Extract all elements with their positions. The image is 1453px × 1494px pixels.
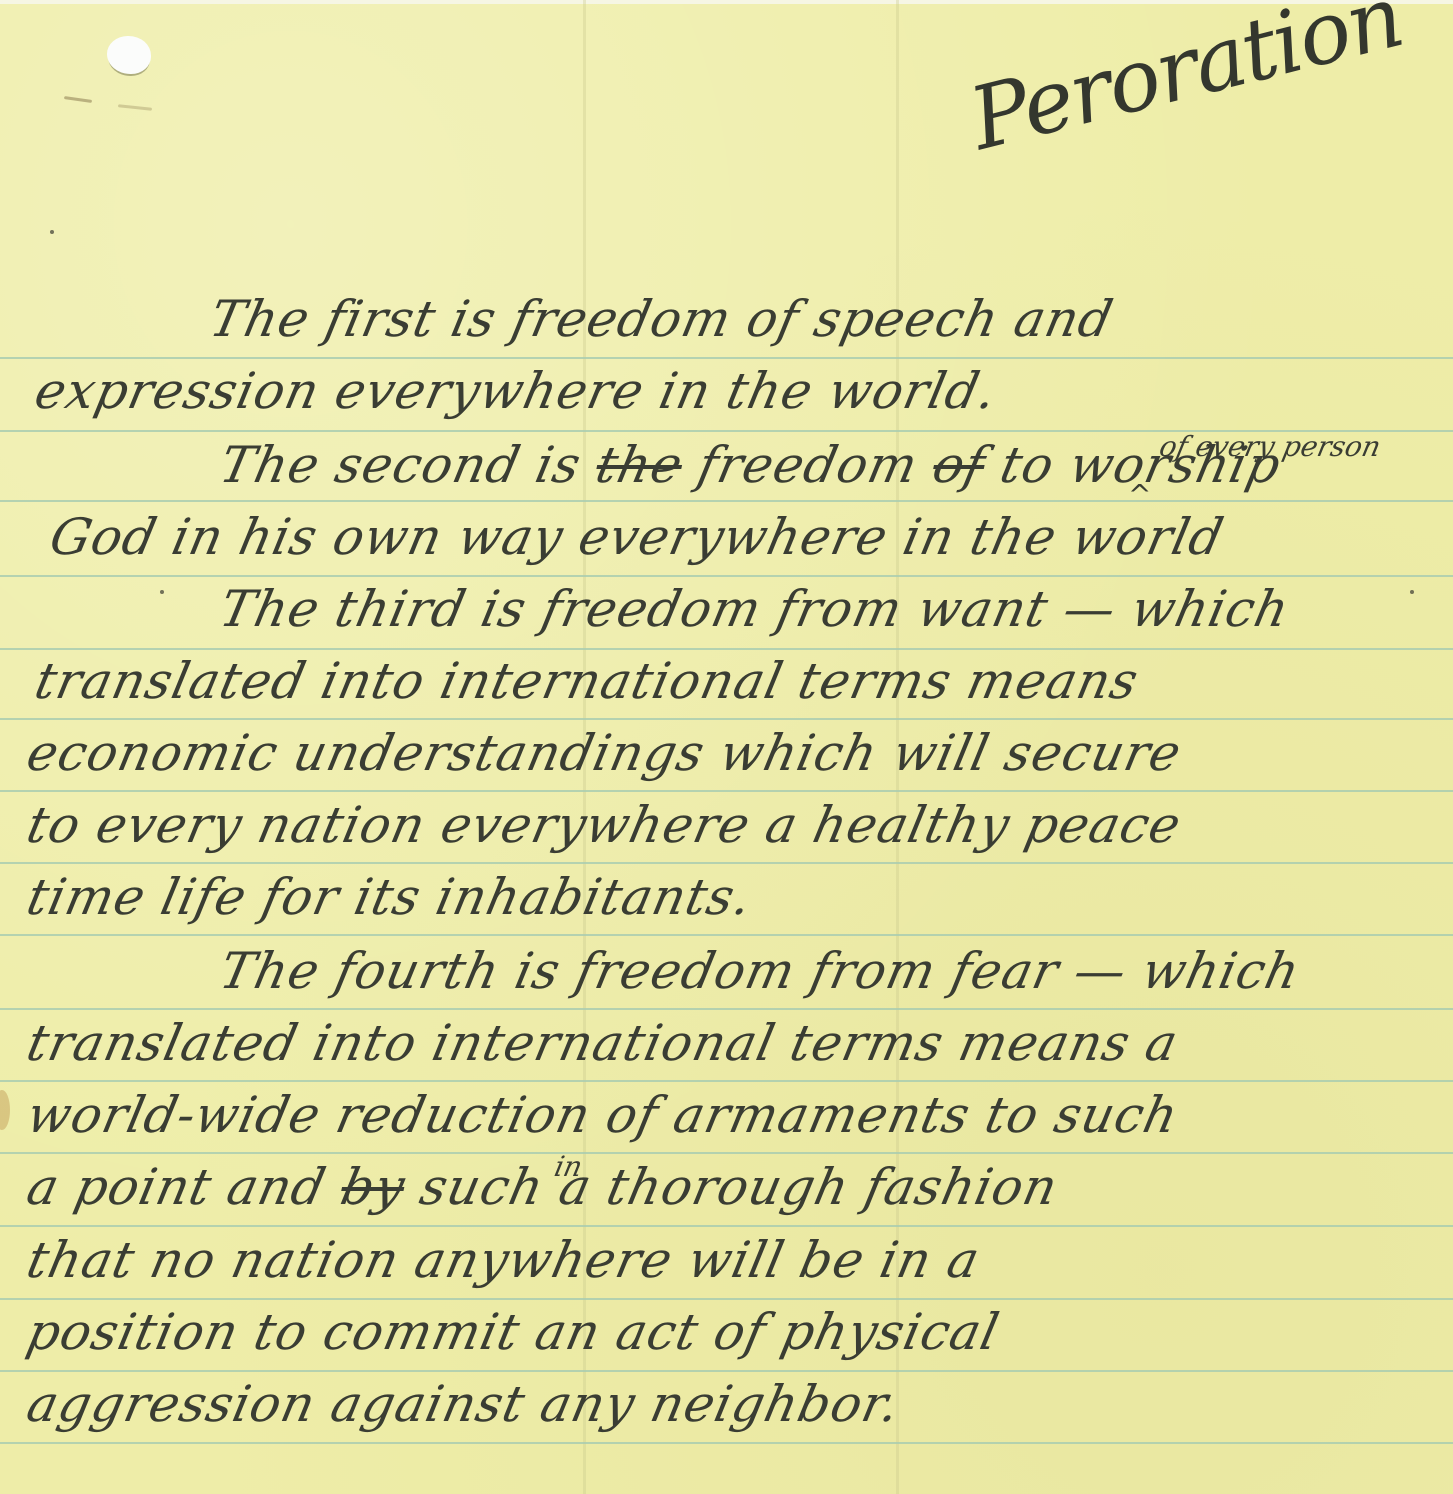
ruled-line bbox=[0, 1370, 1453, 1372]
text-line: aggression against any neighbor. bbox=[22, 1375, 905, 1433]
ruled-line bbox=[0, 862, 1453, 864]
text-line: economic understandings which will secur… bbox=[22, 724, 1187, 782]
struck-text: the bbox=[591, 436, 688, 494]
text-line: The fourth is freedom from fear — which bbox=[215, 942, 1305, 1000]
ruled-line bbox=[0, 575, 1453, 577]
text-line: that no nation anywhere will be in a bbox=[22, 1231, 985, 1289]
ink-speck bbox=[50, 230, 54, 234]
legal-pad-page: Peroration The first is freedom of speec… bbox=[0, 0, 1453, 1494]
ink-speck bbox=[160, 590, 164, 594]
smudge-mark bbox=[64, 96, 92, 103]
ink-speck bbox=[1410, 590, 1414, 594]
ruled-line bbox=[0, 718, 1453, 720]
text-line: translated into international terms mean… bbox=[22, 1014, 1183, 1072]
text-line: The third is freedom from want — which bbox=[215, 580, 1295, 638]
ruled-line bbox=[0, 1442, 1453, 1444]
ruled-line bbox=[0, 1080, 1453, 1082]
text-line: expression everywhere in the world. bbox=[30, 362, 1002, 420]
insertion-caret-icon: ^ bbox=[1128, 478, 1151, 511]
text-line: translated into international terms mean… bbox=[30, 652, 1144, 710]
text-line: God in his own way everywhere in the wor… bbox=[45, 508, 1229, 566]
ruled-line bbox=[0, 648, 1453, 650]
heading-peroration: Peroration bbox=[961, 0, 1412, 170]
ruled-line bbox=[0, 1152, 1453, 1154]
ruled-line bbox=[0, 1298, 1453, 1300]
smudge-mark bbox=[118, 104, 152, 111]
ruled-line bbox=[0, 790, 1453, 792]
ruled-line bbox=[0, 1008, 1453, 1010]
text-line: time life for its inhabitants. bbox=[22, 868, 757, 926]
text-line: a point and by such a thorough fashion bbox=[22, 1158, 1063, 1216]
ruled-line bbox=[0, 1225, 1453, 1227]
ruled-line bbox=[0, 500, 1453, 502]
text-line: world-wide reduction of armaments to suc… bbox=[22, 1086, 1184, 1144]
edge-stain bbox=[0, 1090, 10, 1130]
punch-hole bbox=[107, 36, 151, 74]
text-line: The second is the freedom of to worship bbox=[215, 436, 1286, 494]
text-line: position to commit an act of physical bbox=[22, 1303, 1004, 1361]
ruled-line bbox=[0, 934, 1453, 936]
ruled-line bbox=[0, 357, 1453, 359]
text-line: to every nation everywhere a healthy pea… bbox=[22, 796, 1186, 854]
text-line: The first is freedom of speech and bbox=[205, 290, 1118, 348]
